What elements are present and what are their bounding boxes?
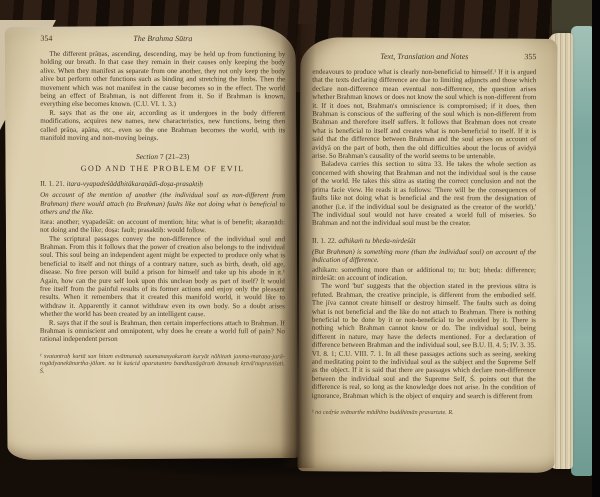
sutra-translation: On account of the mention of another (th… (40, 191, 285, 217)
paragraph: R. says that as the one air, according a… (40, 109, 285, 143)
footnote: ¹ svatantraḥ kartā san hitam evātmanaḥ s… (40, 353, 285, 376)
page-number: 355 (492, 52, 536, 61)
paragraph: endeavours to produce what is clearly no… (312, 68, 536, 161)
paragraph: The scriptural passages convey the non-d… (40, 234, 285, 318)
section-number: 7 (21–23) (160, 152, 189, 161)
section-heading: Section 7 (21–23) (40, 152, 285, 161)
word-gloss: adhikam: something more than or addition… (312, 265, 536, 282)
footnote: ¹ na cedṛśe svānarthe mādhīno buddhimān … (312, 409, 536, 417)
paragraph: The word 'but' suggests that the objecti… (312, 282, 536, 400)
paragraph: Baladeva carries this section to sūtra 3… (312, 160, 536, 228)
right-page: Text, Translation and Notes 355 endeavou… (297, 37, 557, 473)
left-page-content: 354 The Brahma Sūtra The different prāṇa… (6, 26, 298, 460)
running-header-title: The Brahma Sūtra (84, 34, 241, 43)
section-label: Section (136, 152, 158, 161)
sutra-translation: (But Brahman) is something more (than th… (312, 248, 536, 265)
sutra-heading: II. 1. 22. adhikaṁ tu bheda-nirdeśāt (312, 237, 536, 245)
right-page-content: Text, Translation and Notes 355 endeavou… (299, 38, 557, 472)
book-cover-edge (571, 26, 593, 476)
running-header-title: Text, Translation and Notes (356, 52, 492, 61)
word-gloss: itara: another; vyapadeśāt: on account o… (40, 217, 285, 234)
sutra-sanskrit: itara-vyapadeśāddhitākaraṇādi-doṣa-prasa… (66, 180, 203, 188)
sutra-heading: II. 1. 21. itara-vyapadeśāddhitākaraṇādi… (40, 180, 285, 188)
sutra-sanskrit: adhikaṁ tu bheda-nirdeśāt (338, 237, 415, 245)
paragraph: R. says that if the soul is Brahman, the… (40, 318, 285, 344)
sutra-reference: II. 1. 22. (312, 237, 337, 245)
sutra-reference: II. 1. 21. (40, 180, 65, 188)
left-running-head: 354 The Brahma Sūtra (40, 34, 285, 43)
book-photo: 354 The Brahma Sūtra The different prāṇa… (0, 0, 600, 497)
page-number: 354 (40, 34, 84, 43)
right-running-head: Text, Translation and Notes 355 (312, 52, 536, 61)
paragraph: The different prāṇas, ascending, descend… (40, 50, 285, 109)
section-title: GOD AND THE PROBLEM OF EVIL (40, 164, 285, 173)
left-page: 354 The Brahma Sūtra The different prāṇa… (4, 25, 298, 460)
photo-right-edge (592, 0, 600, 497)
